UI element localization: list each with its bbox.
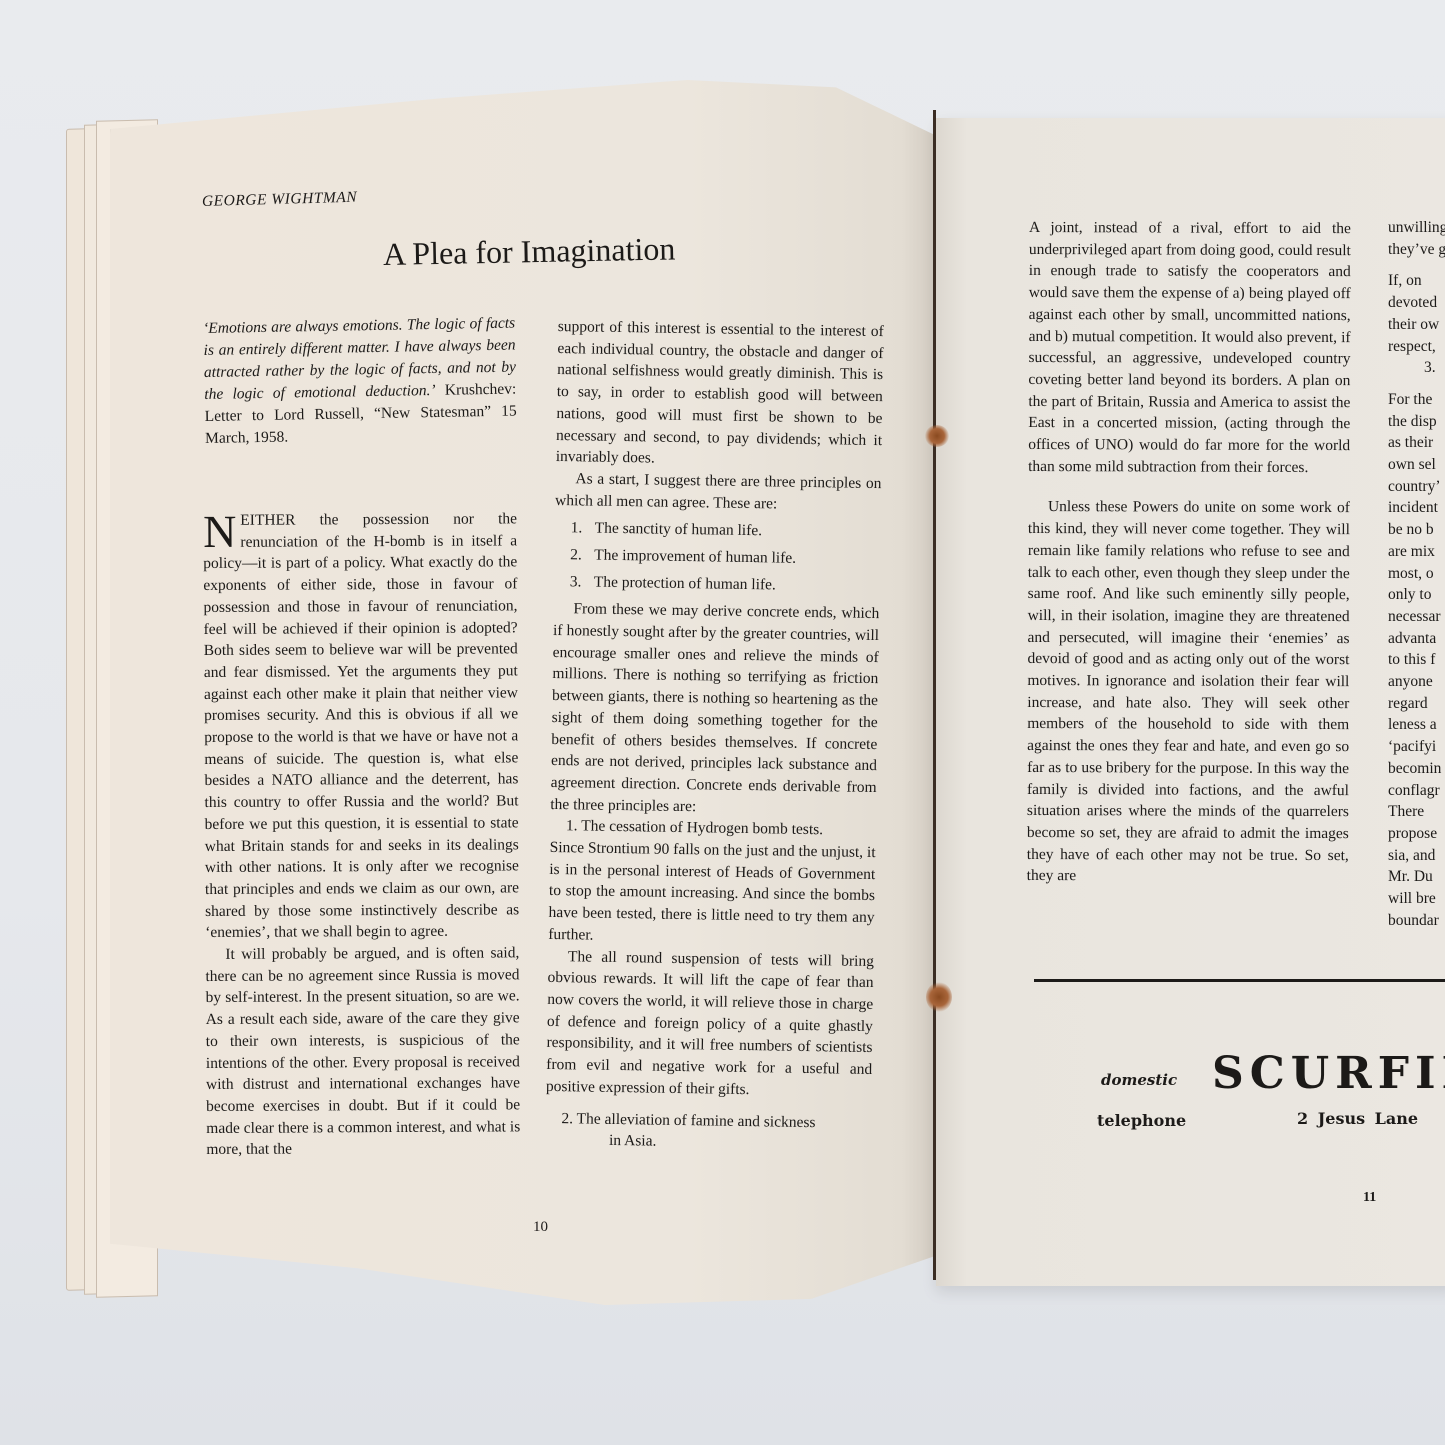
paragraph: Unless these Powers do unite on some wor…	[1027, 496, 1350, 888]
text-line: they’ve g	[1388, 239, 1445, 261]
text-line: There	[1388, 801, 1445, 823]
text-line: For the	[1388, 389, 1445, 411]
text-line: becomin	[1388, 758, 1445, 780]
rust-stain	[926, 982, 952, 1012]
paragraph: It will probably be argued, and is often…	[205, 942, 520, 1161]
paragraph: From these we may derive concrete ends, …	[550, 598, 879, 820]
text-line: Mr. Du	[1388, 866, 1445, 888]
text-line: incident	[1388, 497, 1445, 519]
text-line: conflagr	[1388, 780, 1445, 802]
text-line: own sel	[1388, 454, 1445, 476]
paragraph: Since Strontium 90 falls on the just and…	[548, 837, 876, 951]
text-line	[1388, 260, 1445, 270]
right-column-1: A joint, instead of a rival, effort to a…	[1027, 217, 1351, 888]
paragraph: The all round suspension of tests will b…	[546, 946, 874, 1103]
text-line: country’	[1388, 476, 1445, 498]
principles-list: 1.The sanctity of human life. 2.The impr…	[554, 514, 881, 600]
text-line: will bre	[1388, 888, 1445, 910]
text-line: unwilling	[1388, 217, 1445, 239]
text-line: are mix	[1388, 541, 1445, 563]
paragraph: EITHER the possession nor the renunciati…	[203, 510, 519, 941]
paragraph: support of this interest is essential to…	[556, 316, 884, 473]
text-line: advanta	[1388, 628, 1445, 650]
page-number: 10	[533, 1219, 548, 1236]
text-line: leness a	[1388, 714, 1445, 736]
paragraph: A joint, instead of a rival, effort to a…	[1028, 217, 1351, 479]
ad-label-domestic: domestic	[1101, 1071, 1177, 1089]
text-line: to this f	[1388, 649, 1445, 671]
text-line: necessar	[1388, 606, 1445, 628]
text-line	[1388, 379, 1445, 389]
drop-cap: N	[203, 513, 236, 551]
text-line: devoted	[1388, 292, 1445, 314]
text-line: regard	[1388, 693, 1445, 715]
text-line: as their	[1388, 432, 1445, 454]
text-line: most, o	[1388, 563, 1445, 585]
text-line: boundar	[1388, 910, 1445, 932]
book-spine	[933, 110, 936, 1280]
article-title: A Plea for Imagination	[383, 230, 676, 273]
right-column-2-cropped: unwillingthey’ve gIf, ondevotedtheir owr…	[1388, 217, 1445, 932]
text-line: be no b	[1388, 519, 1445, 541]
left-column-1: NEITHER the possession nor the renunciat…	[203, 508, 520, 1161]
paragraph: As a start, I suggest there are three pr…	[555, 468, 882, 517]
ad-label-telephone: telephone	[1097, 1111, 1186, 1130]
ad-brand-name: SCURFIE	[1212, 1048, 1445, 1099]
text-line: ‘pacifyi	[1388, 736, 1445, 758]
text-line: anyone	[1388, 671, 1445, 693]
ad-address: 2 Jesus Lane	[1297, 1109, 1418, 1128]
horizontal-rule	[1034, 979, 1445, 982]
epigraph: ‘Emotions are always emotions. The logic…	[203, 313, 517, 450]
text-line: the disp	[1388, 411, 1445, 433]
text-line: propose	[1388, 823, 1445, 845]
page-number: 11	[1363, 1190, 1376, 1206]
text-line: their ow	[1388, 314, 1445, 336]
text-line: sia, and	[1388, 845, 1445, 867]
text-line: respect,	[1388, 336, 1445, 358]
rust-stain	[925, 425, 949, 447]
text-line: 3.	[1388, 357, 1445, 379]
list-item: 3.The protection of human life.	[554, 568, 880, 600]
text-line: only to	[1388, 584, 1445, 606]
left-column-2: support of this interest is essential to…	[545, 316, 884, 1156]
text-line: If, on	[1388, 270, 1445, 292]
